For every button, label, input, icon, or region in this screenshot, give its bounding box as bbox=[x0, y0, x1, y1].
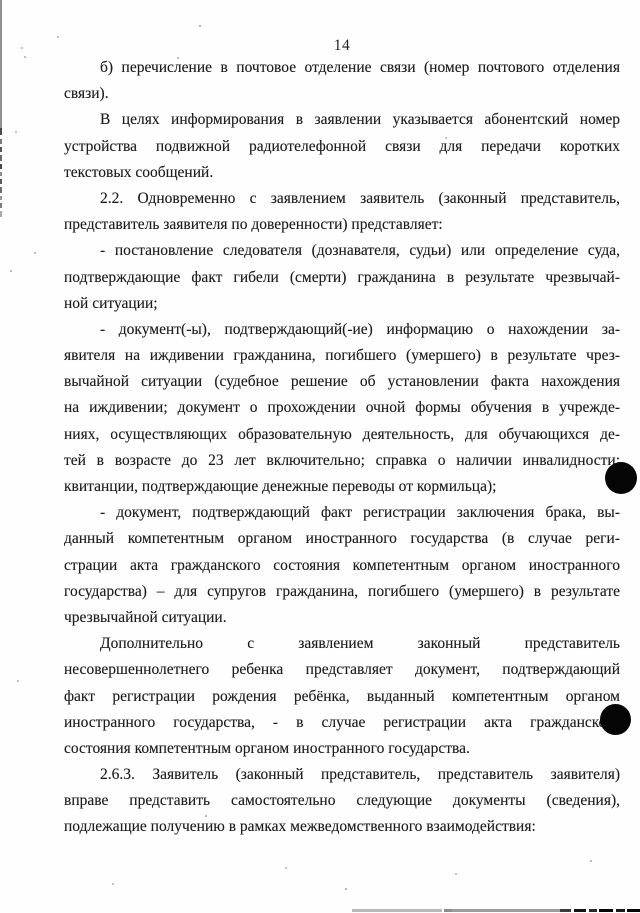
text-line-p7-l1: Дополнительно с заявлением законный пред… bbox=[64, 631, 620, 657]
text-line-p2-l3: текстовых сообщений. bbox=[64, 160, 620, 186]
text-line-p3-l1: 2.2. Одновременно с заявлением заявитель… bbox=[64, 186, 620, 212]
text-line-p1-l2: связи). bbox=[64, 81, 620, 107]
left-edge-scan-line bbox=[0, 172, 2, 176]
left-edge-scan-line bbox=[0, 203, 2, 208]
left-edge-scan-line bbox=[0, 196, 2, 200]
scan-speck bbox=[112, 883, 114, 885]
text-line-p2-l1: В целях информирования в заявлении указы… bbox=[64, 107, 620, 133]
text-line-p7-l3: факт регистрации рождения ребёнка, выдан… bbox=[64, 684, 620, 710]
text-line-p7-l4: иностранного государства, - в случае рег… bbox=[64, 710, 620, 736]
bottom-edge-scan-line bbox=[452, 909, 560, 912]
text-line-p5-l2: явителя на иждивении гражданина, погибше… bbox=[64, 343, 620, 369]
left-edge-scan-line bbox=[0, 211, 2, 217]
left-edge-scan-line bbox=[0, 139, 2, 144]
text-line-p6-l5: чрезвычайной ситуации. bbox=[64, 605, 620, 631]
text-line-p2-l2: устройства подвижной радиотелефонной свя… bbox=[64, 134, 620, 160]
text-line-p7-l2: несовершеннолетнего ребенка представляет… bbox=[64, 657, 620, 683]
bottom-edge-scan-line bbox=[599, 909, 613, 912]
text-line-p8-l3: подлежащие получению в рамках межведомст… bbox=[64, 814, 620, 840]
left-edge-scan-line bbox=[0, 164, 2, 169]
scan-speck bbox=[345, 888, 347, 890]
text-line-p5-l3: вычайной ситуации (судебное решение об у… bbox=[64, 369, 620, 395]
text-line-p5-l4: на иждивении; документ о прохождении очн… bbox=[64, 395, 620, 421]
left-edge-scan-line bbox=[0, 155, 2, 161]
text-line-p6-l2: данный компетентным органом иностранного… bbox=[64, 526, 620, 552]
bottom-edge-scan-line bbox=[352, 909, 442, 912]
bottom-edge-scan-line bbox=[627, 909, 640, 912]
left-edge-scan-line bbox=[0, 128, 2, 135]
bottom-edge-scan-line bbox=[589, 909, 597, 912]
scan-speck bbox=[10, 270, 12, 272]
text-line-p6-l3: страции акта гражданского состояния комп… bbox=[64, 553, 620, 579]
text-line-p1-l1: б) перечисление в почтовое отделение свя… bbox=[64, 55, 620, 81]
bottom-edge-scan-line bbox=[444, 909, 452, 912]
scan-speck bbox=[57, 36, 59, 38]
text-line-p6-l1: - документ, подтверждающий факт регистра… bbox=[64, 500, 620, 526]
scan-speck bbox=[17, 680, 19, 682]
left-edge-scan-line bbox=[0, 179, 2, 184]
scan-speck bbox=[285, 867, 287, 869]
text-line-p8-l1: 2.6.3. Заявитель (законный представитель… bbox=[64, 762, 620, 788]
text-line-p8-l2: вправе представить самостоятельно следую… bbox=[64, 788, 620, 814]
text-line-p4-l1: - постановление следователя (дознавателя… bbox=[64, 238, 620, 264]
text-line-p5-l6: тей в возрасте до 23 лет включительно; с… bbox=[64, 448, 620, 474]
scan-speck bbox=[199, 25, 201, 27]
text-line-p5-l7: квитанции, подтверждающие денежные перев… bbox=[64, 474, 620, 500]
page-number: 14 bbox=[64, 37, 620, 55]
bottom-edge-scan-line bbox=[616, 909, 625, 912]
bottom-edge-scan-line bbox=[560, 909, 571, 912]
scan-speck bbox=[590, 860, 592, 862]
scanned-document-page: 14 б) перечисление в почтовое отделение … bbox=[0, 0, 640, 913]
left-edge-scan-line bbox=[0, 187, 2, 193]
text-line-p5-l1: - документ(-ы), подтверждающий(-ие) инфо… bbox=[64, 317, 620, 343]
text-line-p5-l5: ниях, осуществляющих образовательную дея… bbox=[64, 422, 620, 448]
text-line-p3-l2: представитель заявителя по доверенности)… bbox=[64, 212, 620, 238]
text-line-p7-l5: состояния компетентным органом иностранн… bbox=[64, 736, 620, 762]
bottom-edge-scan-line bbox=[574, 909, 586, 912]
text-line-p4-l2: подтверждающие факт гибели (смерти) граж… bbox=[64, 265, 620, 291]
text-line-p6-l4: государства) – для супругов гражданина, … bbox=[64, 579, 620, 605]
scan-speck bbox=[15, 131, 17, 133]
scan-speck bbox=[34, 252, 36, 254]
scan-speck bbox=[24, 56, 26, 58]
document-body: б) перечисление в почтовое отделение свя… bbox=[64, 55, 620, 841]
left-edge-scan-line bbox=[0, 147, 2, 152]
text-line-p4-l3: ной ситуации; bbox=[64, 291, 620, 317]
left-edge-scan-line bbox=[0, 0, 2, 128]
scan-speck bbox=[455, 873, 457, 875]
scan-speck bbox=[21, 47, 23, 49]
